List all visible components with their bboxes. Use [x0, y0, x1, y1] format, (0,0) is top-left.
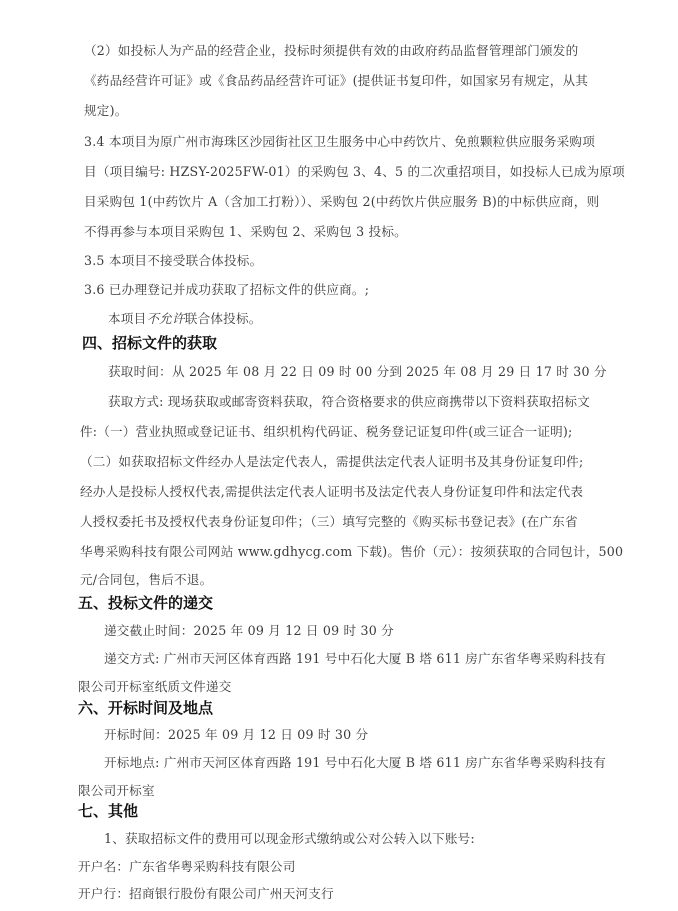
text: 联合体投标。 — [185, 311, 262, 326]
opening-time: 开标时间：2025 年 09 月 12 日 09 时 30 分 — [104, 724, 368, 743]
opening-place: 开标地点: 广州市天河区体育西路 191 号中石化大厦 B 塔 611 房广东省… — [104, 752, 606, 771]
text-line: 目采购包 1(中药饮片 A（含加工打粉））、采购包 2(中药饮片供应服务 B)的… — [84, 191, 599, 210]
section-heading-5: 五、投标文件的递交 — [78, 592, 213, 613]
acquire-time: 获取时间：从 2025 年 08 月 22 日 09 时 00 分到 2025 … — [108, 361, 607, 380]
text-line: 限公司开标室 — [78, 780, 155, 799]
text-line: 件:（一）营业执照或登记证书、组织机构代码证、税务登记证复印件(或三证合一证明)… — [80, 421, 572, 440]
text-line: 规定)。 — [84, 100, 128, 119]
section-heading-4: 四、招标文件的获取 — [82, 332, 217, 353]
text-line: 《药品经营许可证》或《食品药品经营许可证》(提供证书复印件，如国家另有规定，从其 — [84, 70, 588, 89]
text-line: 目（项目编号: HZSY-2025FW-01）的采购包 3、4、5 的二次重招项… — [84, 161, 625, 180]
text-line: （2）如投标人为产品的经营企业，投标时须提供有效的由政府药品监督管理部门颁发的 — [84, 40, 578, 59]
text: 本项目 — [108, 311, 146, 326]
account-name: 开户名：广东省华粤采购科技有限公司 — [78, 856, 296, 875]
text-line: 经办人是投标人授权代表,需提供法定代表人证明书及法定代表人身份证复印件和法定代表 — [80, 481, 583, 500]
account-bank: 开户行：招商银行股份有限公司广州天河支行 — [78, 883, 334, 902]
clause-3-4: 3.4 本项目为原广州市海珠区沙园街社区卫生服务中心中药饮片、免煎颗粒供应服务采… — [84, 131, 595, 150]
text-line: （二）如获取招标文件经办人是法定代表人，需提供法定代表人证明书及其身份证复印件; — [80, 451, 583, 470]
no-consortium-note: 本项目不允许联合体投标。 — [108, 308, 262, 327]
italic-text: 不允许 — [146, 311, 184, 326]
text-line: 限公司开标室纸质文件递交 — [78, 676, 232, 695]
acquire-method: 获取方式: 现场获取或邮寄资料获取，符合资格要求的供应商携带以下资料获取招标文 — [108, 391, 590, 410]
clause-3-5: 3.5 本项目不接受联合体投标。 — [84, 250, 262, 269]
text-line: 不得再参与本项目采购包 1、采购包 2、采购包 3 投标。 — [84, 221, 407, 240]
clause-3-6: 3.6 已办理登记并成功获取了招标文件的供应商。; — [84, 279, 369, 298]
text-line: 华粤采购科技有限公司网站 www.gdhycg.com 下载)。售价（元）：按须… — [80, 541, 623, 560]
text-line: 元/合同包，售后不退。 — [80, 569, 212, 588]
submit-deadline: 递交截止时间：2025 年 09 月 12 日 09 时 30 分 — [104, 620, 394, 639]
text-line: 人授权委托书及授权代表身份证复印件；（三）填写完整的《购买标书登记表》(在广东省 — [80, 511, 578, 530]
section-heading-6: 六、开标时间及地点 — [78, 697, 213, 718]
section-heading-7: 七、其他 — [78, 800, 138, 821]
submit-method: 递交方式: 广州市天河区体育西路 191 号中石化大厦 B 塔 611 房广东省… — [104, 648, 606, 667]
fee-payment-note: 1、获取招标文件的费用可以现金形式缴纳或公对公转入以下账号: — [104, 828, 475, 847]
